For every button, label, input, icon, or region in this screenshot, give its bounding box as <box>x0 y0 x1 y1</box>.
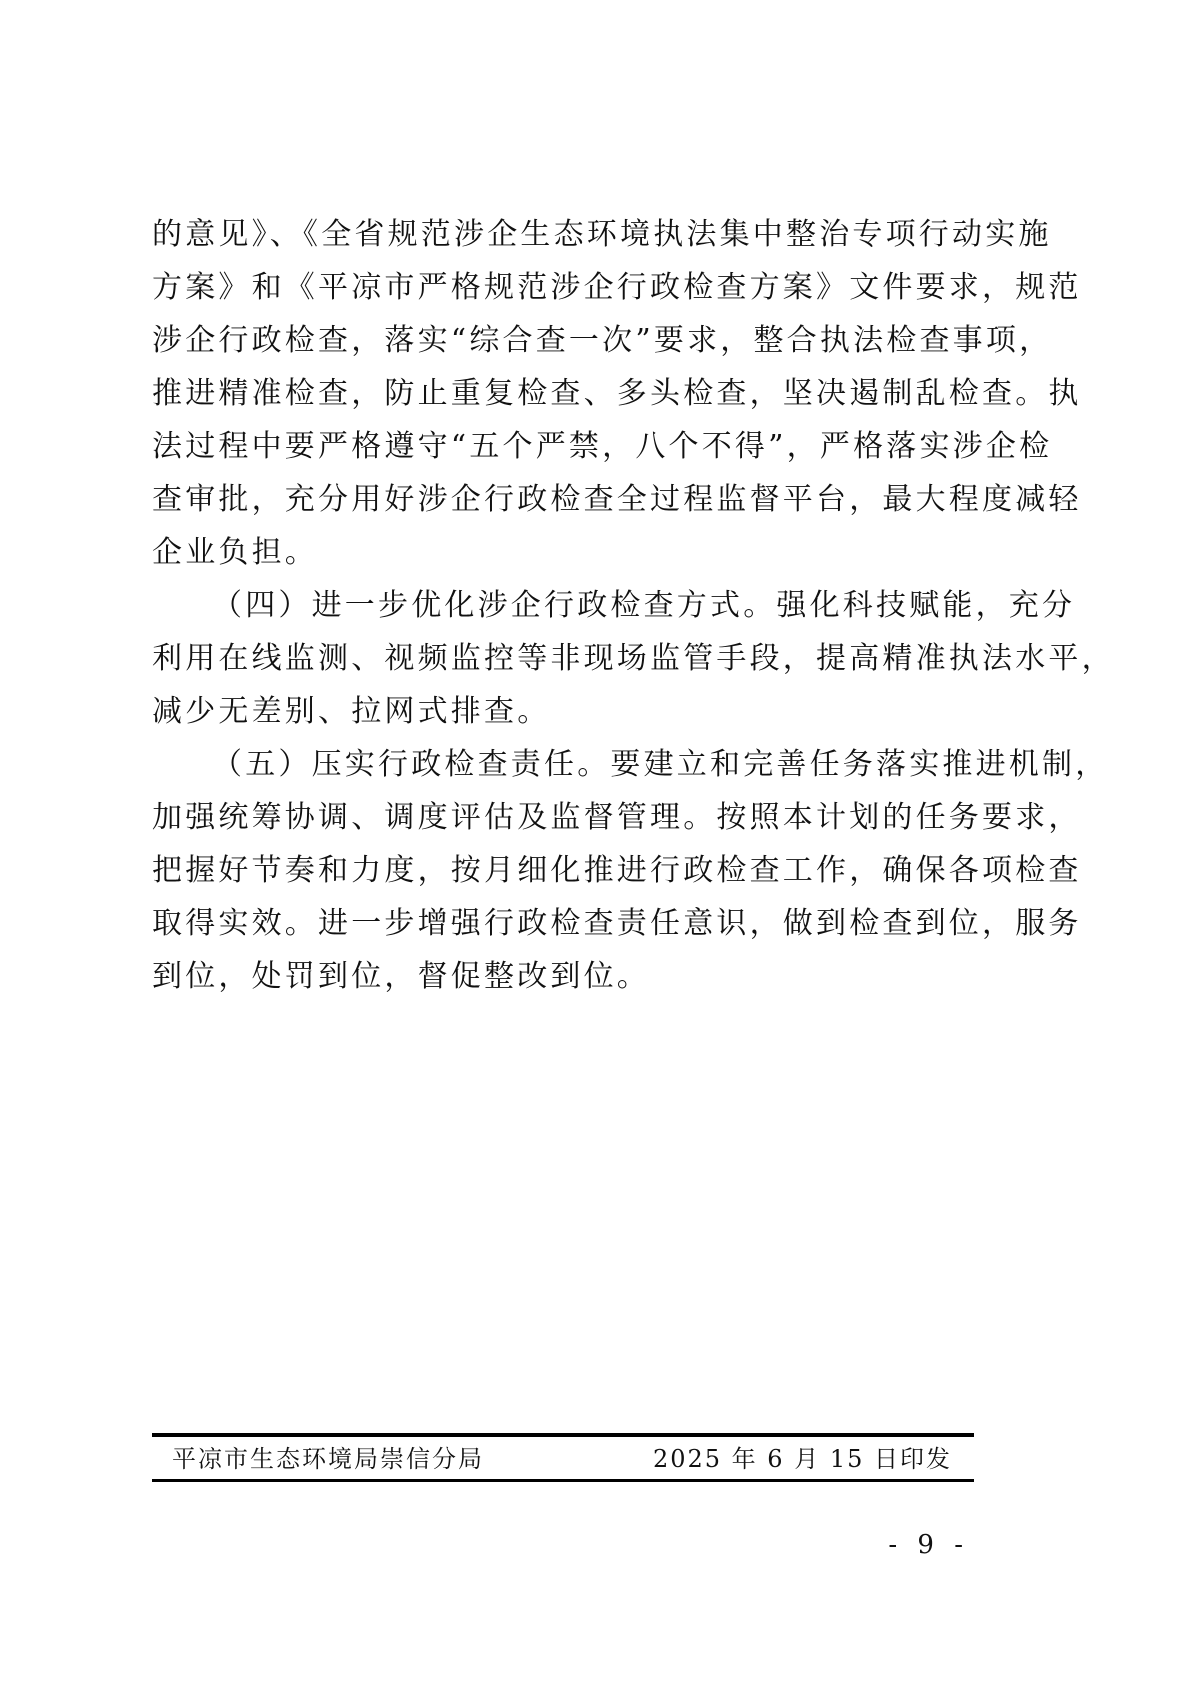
footer-imprint: 平凉市生态环境局崇信分局 2025 年 6 月 15 日印发 <box>152 1440 974 1478</box>
body-line: 的意见》、《全省规范涉企生态环境执法集中整治专项行动实施 <box>152 208 972 261</box>
body-line: 法过程中要严格遵守“五个严禁，八个不得”，严格落实涉企检 <box>152 420 972 473</box>
print-date: 2025 年 6 月 15 日印发 <box>653 1440 952 1478</box>
issuer-name: 平凉市生态环境局崇信分局 <box>172 1440 484 1478</box>
body-line: 加强统筹协调、调度评估及监督管理。按照本计划的任务要求， <box>152 791 972 844</box>
body-line: 查审批，充分用好涉企行政检查全过程监督平台，最大程度减轻 <box>152 473 972 526</box>
footer-top-rule <box>152 1433 974 1437</box>
page-number: - 9 - <box>888 1530 969 1560</box>
body-line: 方案》和《平凉市严格规范涉企行政检查方案》文件要求，规范 <box>152 261 972 314</box>
body-line: 涉企行政检查，落实“综合查一次”要求，整合执法检查事项， <box>152 314 972 367</box>
body-line: 减少无差别、拉网式排查。 <box>152 685 972 738</box>
body-line: 企业负担。 <box>152 526 972 579</box>
body-line: 推进精准检查，防止重复检查、多头检查，坚决遏制乱检查。执 <box>152 367 972 420</box>
document-body: 的意见》、《全省规范涉企生态环境执法集中整治专项行动实施 方案》和《平凉市严格规… <box>152 208 972 1003</box>
footer-bottom-rule <box>152 1479 974 1482</box>
document-page: 的意见》、《全省规范涉企生态环境执法集中整治专项行动实施 方案》和《平凉市严格规… <box>0 0 1199 1696</box>
body-line: 利用在线监测、视频监控等非现场监管手段，提高精准执法水平， <box>152 632 972 685</box>
section-heading-4: （四）进一步优化涉企行政检查方式。强化科技赋能，充分 <box>152 579 972 632</box>
section-heading-5: （五）压实行政检查责任。要建立和完善任务落实推进机制， <box>152 738 972 791</box>
body-line: 到位，处罚到位，督促整改到位。 <box>152 950 972 1003</box>
body-line: 把握好节奏和力度，按月细化推进行政检查工作，确保各项检查 <box>152 844 972 897</box>
body-line: 取得实效。进一步增强行政检查责任意识，做到检查到位，服务 <box>152 897 972 950</box>
